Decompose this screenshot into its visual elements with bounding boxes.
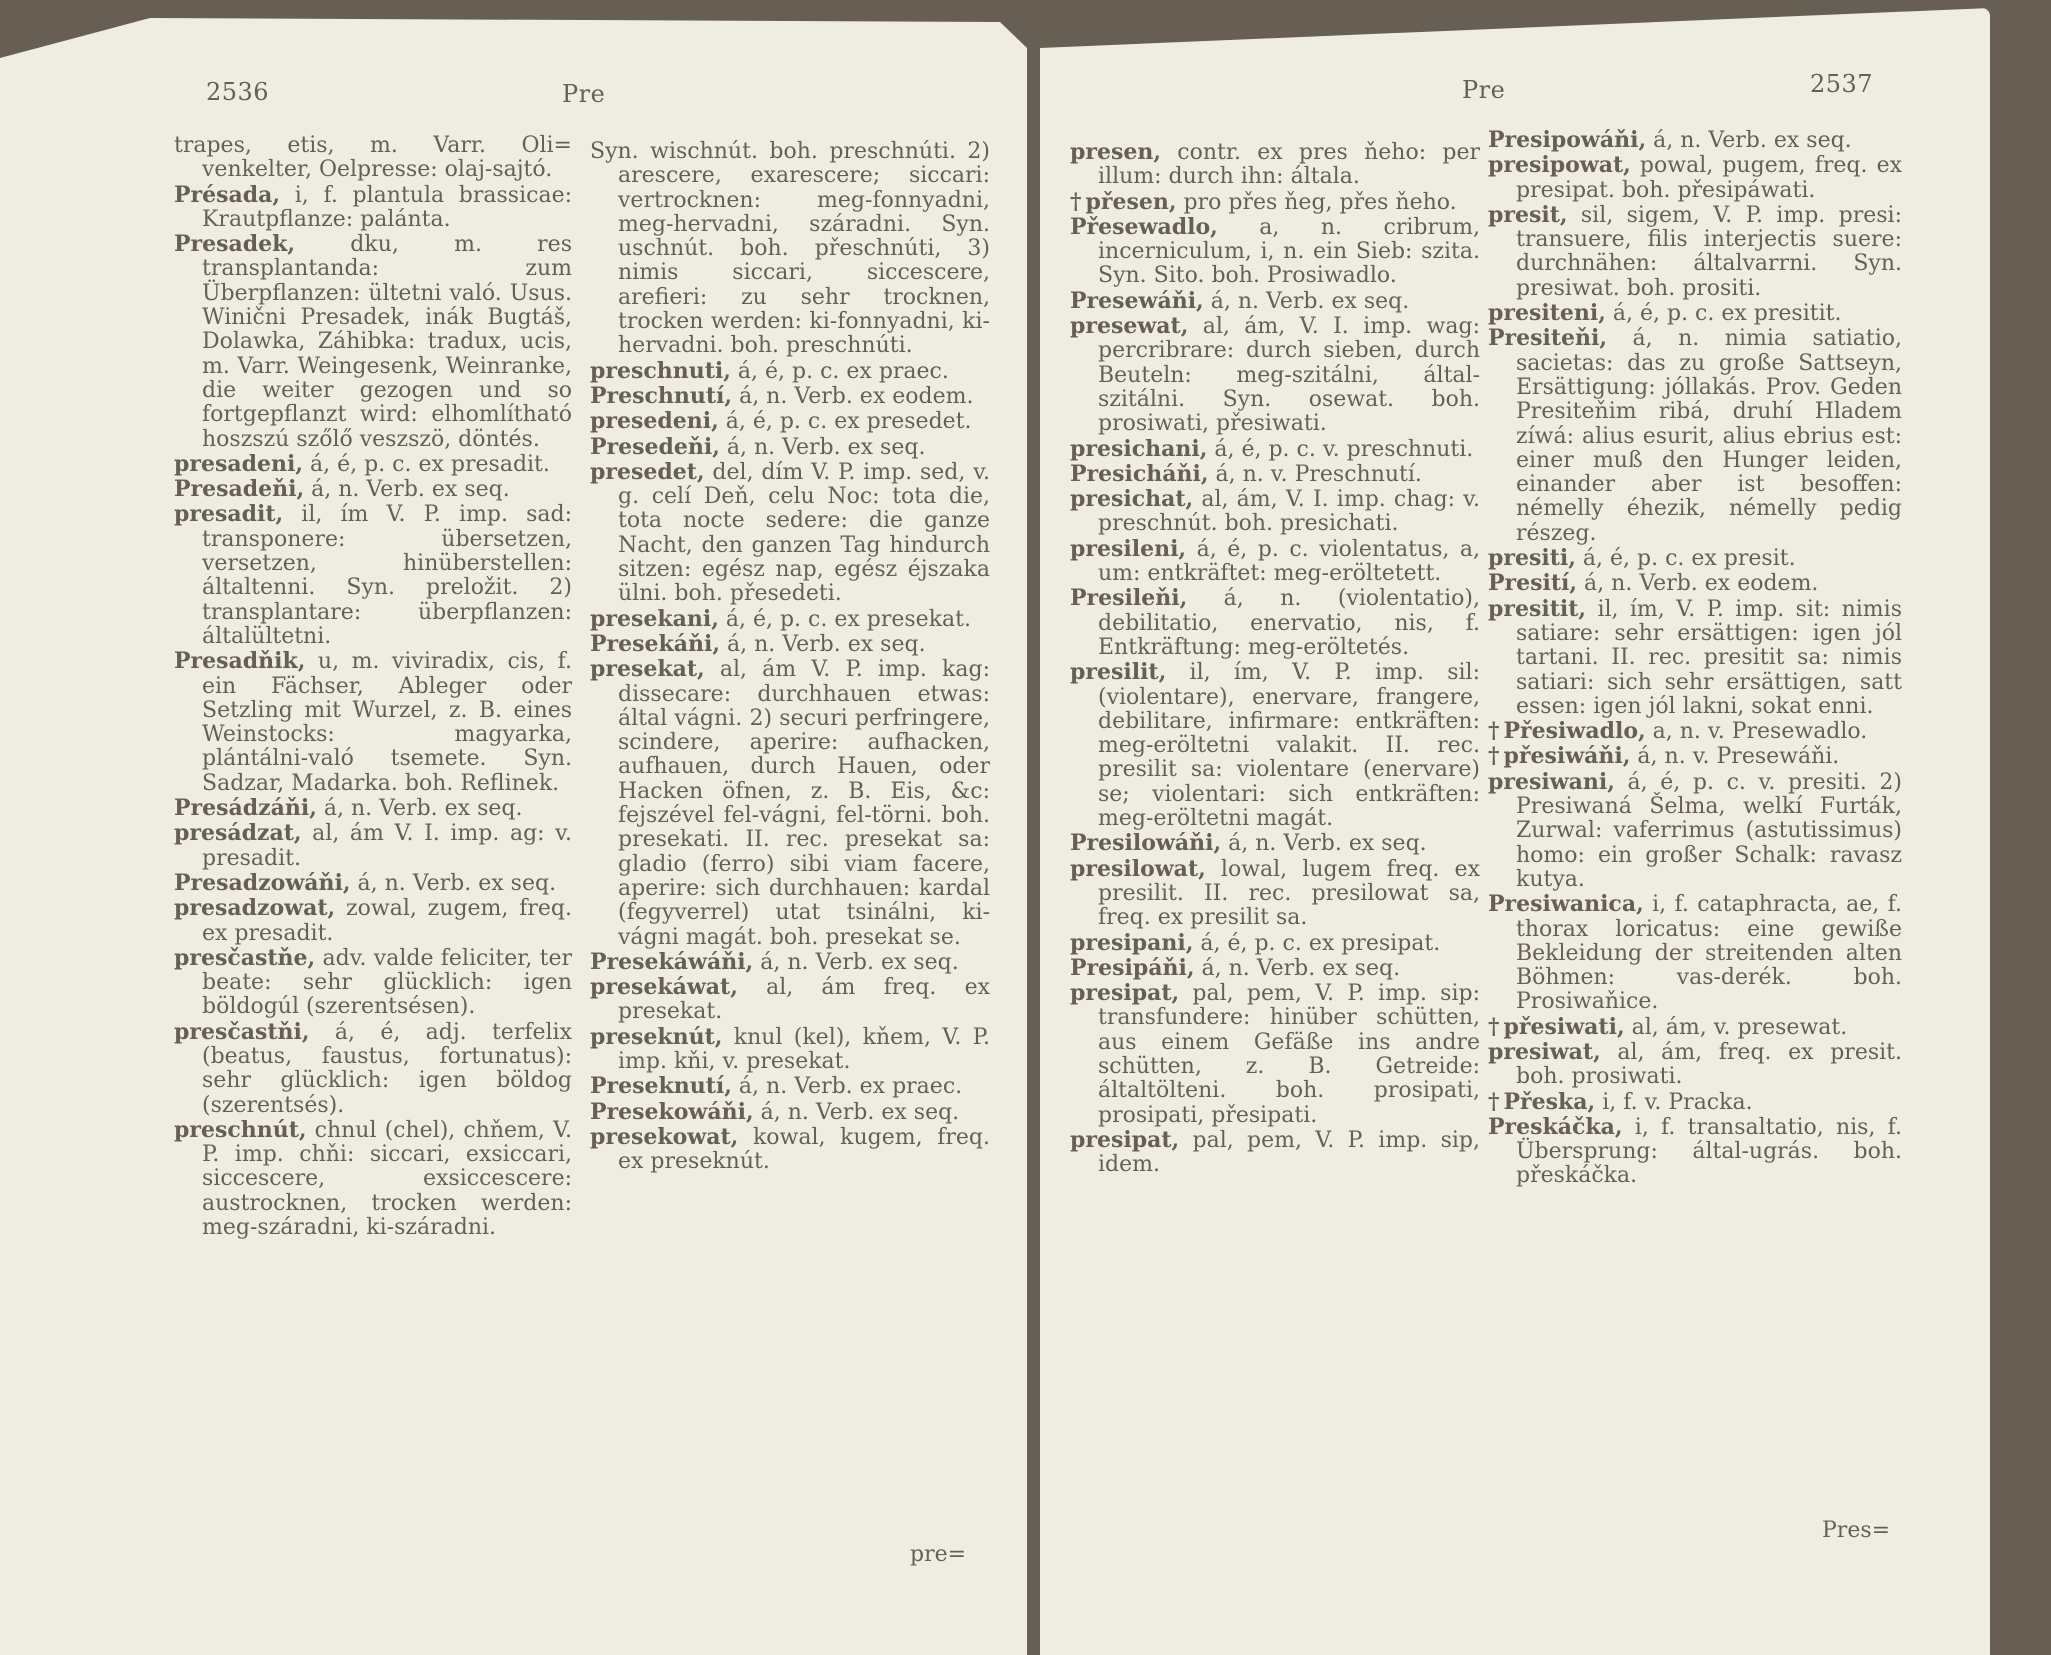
right-catchword: Pres= [1822,1518,1890,1543]
entry-headword: Presedeňi, [590,434,720,460]
entry-headword: Presekowáňi, [590,1099,754,1125]
entry-headword: presadeni, [174,451,303,477]
dictionary-entry: presadit, il, ím V. P. imp. sad: transpo… [174,502,572,649]
dictionary-entry: Presipowáňi, á, n. Verb. ex seq. [1488,128,1902,153]
entry-headword: presewat, [1070,313,1188,339]
entry-headword: Preseknutí, [590,1073,732,1099]
dictionary-entry: presit, sil, sigem, V. P. imp. presi: tr… [1488,203,1902,301]
entry-headword: presekat, [590,656,705,682]
entry-definition: á, é, p. c. ex presadit. [303,452,550,477]
dictionary-entry: presewat, al, ám, V. I. imp. wag: percri… [1070,314,1480,436]
dictionary-entry: presčastňi, á, é, adj. terfelix (beatus,… [174,1020,572,1118]
dictionary-entry: presčastňe, adv. valde feliciter, ter be… [174,946,572,1020]
entry-definition: á, n. nimia satiatio, sacietas: das zu g… [1516,326,1902,545]
entry-headword: Presileňi, [1070,585,1187,611]
left-page-column-2: Syn. wischnút. boh. preschnúti. 2) aresc… [590,140,990,1174]
dictionary-entry: Presileňi, á, n. (violentatio), debilita… [1070,586,1480,660]
dictionary-entry: Presekáňi, á, n. Verb. ex seq. [590,632,990,657]
dictionary-entry: presen, contr. ex pres ňeho: per illum: … [1070,140,1480,190]
dictionary-entry: presilowat, lowal, lugem freq. ex presil… [1070,857,1480,931]
dictionary-entry: preschnuti, á, é, p. c. ex praec. [590,359,990,384]
entry-headword: přesiwáňi, [1504,743,1631,769]
entry-definition: al, ám V. P. imp. kag: dissecare: durchh… [618,657,990,949]
entry-headword: presilit, [1070,659,1166,685]
entry-definition: á, n. Verb. ex seq. [1646,128,1852,153]
dictionary-entry: presiwani, á, é, p. c. v. presiti. 2) Pr… [1488,770,1902,892]
dictionary-entry: presekat, al, ám V. P. imp. kag: disseca… [590,657,990,950]
dictionary-entry: presichani, á, é, p. c. v. preschnuti. [1070,437,1480,462]
dictionary-entry: Presadek, dku, m. res transplantanda: zu… [174,232,572,452]
dictionary-entry: Presiwanica, i, f. cataphracta, ae, f. t… [1488,892,1902,1014]
dictionary-entry: presileni, á, é, p. c. violentatus, a, u… [1070,537,1480,587]
dictionary-entry: Preseknutí, á, n. Verb. ex praec. [590,1074,990,1099]
dictionary-entry: Preskáčka, i, f. transaltatio, nis, f. Ü… [1488,1115,1902,1189]
entry-headword: presilowat, [1070,856,1206,882]
dictionary-entry: presádzat, al, ám V. I. imp. ag: v. pres… [174,821,572,871]
dictionary-entry: presipani, á, é, p. c. ex presipat. [1070,931,1480,956]
entry-headword: presipani, [1070,930,1193,956]
obsolete-dagger-mark: † [1488,1089,1500,1115]
entry-headword: presiti, [1488,545,1576,571]
entry-headword: presiwat, [1488,1039,1601,1065]
dictionary-entry: Přesewadlo, a, n. cribrum, incerniculum,… [1070,215,1480,289]
dictionary-entry: presitit, il, ím, V. P. imp. sit: nimis … [1488,597,1902,719]
entry-headword: Přesewadlo, [1070,214,1218,240]
dictionary-entry: presedet, del, dím V. P. imp. sed, v. g.… [590,460,990,607]
dictionary-entry: trapes, etis, m. Varr. Oli= venkelter, O… [174,134,572,183]
entry-headword: Presiwanica, [1488,891,1644,917]
entry-headword: Presadzowáňi, [174,870,351,896]
entry-headword: presichani, [1070,436,1207,462]
dictionary-entry: Preschnutí, á, n. Verb. ex eodem. [590,384,990,409]
entry-headword: Přeska, [1504,1089,1596,1115]
entry-headword: Présada, [174,182,280,208]
entry-definition: á, n. Verb. ex seq. [317,796,523,821]
entry-definition: á, n. v. Preschnutí. [1209,462,1422,487]
entry-definition: á, é, p. c. ex presitit. [1606,301,1842,326]
entry-headword: Preskáčka, [1488,1114,1623,1140]
dictionary-entry: Presedeňi, á, n. Verb. ex seq. [590,435,990,460]
entry-headword: presadit, [174,501,283,527]
dictionary-entry: presiwat, al, ám, freq. ex presit. boh. … [1488,1040,1902,1090]
dictionary-entry: Presipáňi, á, n. Verb. ex seq. [1070,956,1480,981]
entry-definition: á, é, p. c. ex praec. [731,359,949,384]
entry-definition: Syn. wischnút. boh. preschnúti. 2) aresc… [590,139,990,358]
obsolete-dagger-mark: † [1488,1014,1500,1040]
dictionary-entry: Presilowáňi, á, n. Verb. ex seq. [1070,831,1480,856]
entry-headword: Presadek, [174,231,295,257]
dictionary-entry: Presádzáňi, á, n. Verb. ex seq. [174,796,572,821]
entry-definition: á, n. Verb. ex seq. [1204,289,1410,314]
left-catchword: pre= [910,1542,966,1567]
entry-headword: Presekáwáňi, [590,949,753,975]
entry-headword: Presadňik, [174,648,305,674]
dictionary-entry: presichat, al, ám, V. I. imp. chag: v. p… [1070,487,1480,537]
dictionary-entry: presadeni, á, é, p. c. ex presadit. [174,452,572,477]
entry-headword: Presewáňi, [1070,288,1204,314]
entry-definition: á, n. Verb. ex seq. [351,871,557,896]
entry-headword: Presiteňi, [1488,325,1607,351]
dictionary-entry: preschnút, chnul (chel), chňem, V. P. im… [174,1118,572,1240]
entry-headword: Presilowáňi, [1070,830,1221,856]
entry-definition: á, n. Verb. ex eodem. [1577,571,1818,596]
entry-definition: á, n. Verb. ex seq. [720,435,926,460]
dictionary-entry: Presewáňi, á, n. Verb. ex seq. [1070,289,1480,314]
entry-definition: á, n. Verb. ex seq. [1195,956,1401,981]
entry-headword: presipat, [1070,1127,1179,1153]
entry-headword: presekáwat, [590,974,738,1000]
entry-headword: presadzowat, [174,895,335,921]
entry-definition: pro přes ňeg, přes ňeho. [1177,190,1457,215]
entry-headword: preschnuti, [590,358,731,384]
entry-definition: á, n. Verb. ex seq. [720,632,926,657]
dictionary-entry: presedeni, á, é, p. c. ex presedet. [590,409,990,434]
left-page-number: 2536 [206,78,269,106]
entry-headword: preschnút, [174,1117,307,1143]
dictionary-entry: Presadzowáňi, á, n. Verb. ex seq. [174,871,572,896]
dictionary-entry: †přesiwáňi, á, n. v. Presewáňi. [1488,744,1902,769]
dictionary-entry: Présada, i, f. plantula brassicae: Kraut… [174,183,572,233]
entry-definition: dku, m. res transplantanda: zum Überpfla… [202,232,572,451]
entry-headword: presedet, [590,459,705,485]
entry-definition: il, ím, V. P. imp. sil: (violentare), en… [1098,660,1480,831]
right-page-column-2: Presipowáňi, á, n. Verb. ex seq.presipow… [1488,128,1902,1189]
right-page-number: 2537 [1810,70,1873,98]
entry-headword: Presádzáňi, [174,795,317,821]
dictionary-entry: presiti, á, é, p. c. ex presit. [1488,546,1902,571]
entry-headword: Presicháňi, [1070,461,1209,487]
dictionary-entry: presekowat, kowal, kugem, freq. ex prese… [590,1125,990,1175]
entry-definition: á, é, p. c. ex presekat. [719,607,971,632]
entry-headword: presčastňe, [174,945,315,971]
entry-headword: presiteni, [1488,300,1606,326]
dictionary-entry: Presiteňi, á, n. nimia satiatio, sacieta… [1488,326,1902,546]
entry-definition: á, n. Verb. ex seq. [753,950,959,975]
right-running-head: Pre [1462,76,1505,104]
dictionary-entry: Presekowáňi, á, n. Verb. ex seq. [590,1100,990,1125]
entry-definition: á, é, p. c. v. preschnuti. [1207,437,1473,462]
dictionary-entry: Syn. wischnút. boh. preschnúti. 2) aresc… [590,140,990,359]
entry-headword: Preschnutí, [590,383,732,409]
entry-definition: á, n. Verb. ex praec. [732,1074,962,1099]
entry-definition: á, n. Verb. ex eodem. [732,384,973,409]
entry-headword: přesiwati, [1504,1014,1625,1040]
entry-definition: al, ám, v. presewat. [1625,1015,1848,1040]
dictionary-entry: Presekáwáňi, á, n. Verb. ex seq. [590,950,990,975]
dictionary-entry: †přesiwati, al, ám, v. presewat. [1488,1015,1902,1040]
entry-definition: á, é, p. c. ex presit. [1576,546,1796,571]
obsolete-dagger-mark: † [1488,743,1500,769]
entry-headword: Presekáňi, [590,631,720,657]
entry-definition: á, n. Verb. ex seq. [754,1100,960,1125]
dictionary-entry: preseknút, knul (kel), kňem, V. P. imp. … [590,1025,990,1075]
entry-definition: á, n. Verb. ex seq. [304,477,510,502]
dictionary-entry: presilit, il, ím, V. P. imp. sil: (viole… [1070,660,1480,831]
obsolete-dagger-mark: † [1070,189,1082,215]
dictionary-entry: †přesen, pro přes ňeg, přes ňeho. [1070,190,1480,215]
dictionary-entry: presipat, pal, pem, V. P. imp. sip, idem… [1070,1128,1480,1178]
entry-headword: presileni, [1070,536,1186,562]
entry-headword: presitit, [1488,596,1586,622]
entry-headword: presčastňi, [174,1019,310,1045]
entry-headword: presedeni, [590,408,719,434]
entry-definition: á, n. Verb. ex seq. [1221,831,1427,856]
entry-headword: presen, [1070,139,1161,165]
entry-headword: presiwani, [1488,769,1615,795]
dictionary-entry: †Přesiwadlo, a, n. v. Presewadlo. [1488,719,1902,744]
entry-definition: trapes, etis, m. Varr. Oli= venkelter, O… [174,133,572,182]
dictionary-entry: Presadňik, u, m. viviradix, cis, f. ein … [174,649,572,796]
dictionary-entry: Presicháňi, á, n. v. Preschnutí. [1070,462,1480,487]
entry-headword: preseknút, [590,1024,722,1050]
book-gutter [1027,30,1033,1655]
dictionary-entry: presekani, á, é, p. c. ex presekat. [590,607,990,632]
entry-definition: á, é, p. c. ex presipat. [1193,931,1440,956]
entry-definition: sil, sigem, V. P. imp. presi: transuere,… [1516,203,1902,301]
entry-headword: Presipowáňi, [1488,127,1646,153]
entry-headword: Presití, [1488,570,1577,596]
entry-headword: presádzat, [174,820,302,846]
entry-definition: á, é, p. c. ex presedet. [719,409,972,434]
left-page-column-1: trapes, etis, m. Varr. Oli= venkelter, O… [174,134,572,1240]
dictionary-entry: presipat, pal, pem, V. P. imp. sip: tran… [1070,981,1480,1128]
dictionary-entry: Presití, á, n. Verb. ex eodem. [1488,571,1902,596]
entry-headword: presipat, [1070,980,1179,1006]
entry-headword: presichat, [1070,486,1193,512]
entry-headword: Presadeňi, [174,476,304,502]
dictionary-entry: presipowat, powal, pugem, freq. ex presi… [1488,153,1902,203]
entry-definition: á, n. v. Presewáňi. [1630,744,1839,769]
right-page-column-1: presen, contr. ex pres ňeho: per illum: … [1070,140,1480,1177]
entry-definition: i, f. v. Pracka. [1595,1090,1752,1115]
entry-headword: presipowat, [1488,152,1631,178]
entry-headword: presit, [1488,202,1568,228]
dictionary-entry: presekáwat, al, ám freq. ex presekat. [590,975,990,1025]
dictionary-entry: †Přeska, i, f. v. Pracka. [1488,1090,1902,1115]
entry-definition: a, n. v. Presewadlo. [1646,719,1868,744]
entry-headword: presekani, [590,606,719,632]
dictionary-entry: Presadeňi, á, n. Verb. ex seq. [174,477,572,502]
entry-headword: Přesiwadlo, [1504,718,1646,744]
dictionary-entry: presiteni, á, é, p. c. ex presitit. [1488,301,1902,326]
obsolete-dagger-mark: † [1488,718,1500,744]
entry-headword: přesen, [1086,189,1177,215]
entry-headword: presekowat, [590,1124,738,1150]
left-running-head: Pre [562,80,605,108]
entry-headword: Presipáňi, [1070,955,1195,981]
dictionary-entry: presadzowat, zowal, zugem, freq. ex pres… [174,896,572,946]
